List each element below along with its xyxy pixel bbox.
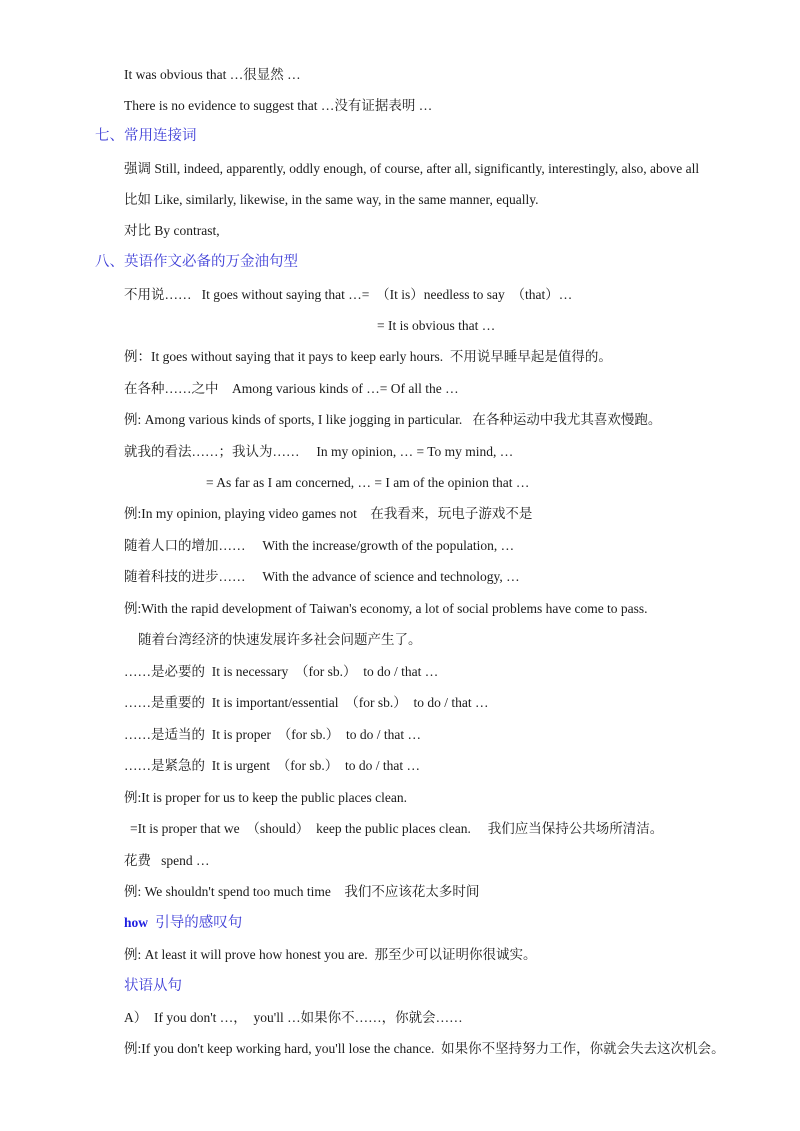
- example-taiwan-economy: 例:With the rapid development of Taiwan's…: [124, 600, 648, 618]
- pattern-obvious-equivalent: = It is obvious that …: [377, 317, 495, 335]
- pattern-in-my-opinion: 就我的看法……；我认为…… In my opinion, … = To my m…: [124, 443, 513, 461]
- section-heading-connectives: 七、常用连接词: [95, 127, 197, 145]
- document-page: It was obvious that …很显然 … There is no e…: [0, 0, 800, 1131]
- subheading-adverbial-clause: 状语从句: [124, 977, 182, 995]
- example-early-hours: 例：It goes without saying that it pays to…: [124, 348, 612, 366]
- example-public-places-should: =It is proper that we （should） keep the …: [130, 820, 663, 838]
- pattern-population-growth: 随着人口的增加…… With the increase/growth of th…: [124, 537, 514, 555]
- example-jogging: 例: Among various kinds of sports, I like…: [124, 411, 661, 429]
- pattern-science-advance: 随着科技的进步…… With the advance of science an…: [124, 568, 520, 586]
- keyword-how: how: [124, 915, 148, 930]
- connectives-comparison: 比如 Like, similarly, likewise, in the sam…: [124, 191, 538, 209]
- pattern-proper: ……是适当的 It is proper （for sb.） to do / th…: [124, 726, 421, 744]
- subheading-how-exclamation: how 引导的感叹句: [124, 914, 242, 932]
- section-heading-universal-patterns: 八、英语作文必备的万金油句型: [95, 253, 298, 271]
- connectives-contrast: 对比 By contrast,: [124, 222, 220, 240]
- example-public-places: 例:It is proper for us to keep the public…: [124, 789, 407, 807]
- example-working-hard: 例:If you don't keep working hard, you'll…: [124, 1040, 725, 1058]
- example-taiwan-economy-translation: 随着台湾经济的快速发展许多社会问题产生了。: [138, 631, 422, 649]
- connectives-emphasis: 强调 Still, indeed, apparently, oddly enou…: [124, 160, 699, 178]
- phrase-line-no-evidence: There is no evidence to suggest that …没有…: [124, 97, 432, 115]
- pattern-necessary: ……是必要的 It is necessary （for sb.） to do /…: [124, 663, 438, 681]
- pattern-goes-without-saying: 不用说…… It goes without saying that …= （It…: [124, 286, 572, 304]
- pattern-important: ……是重要的 It is important/essential （for sb…: [124, 694, 488, 712]
- phrase-line-obvious: It was obvious that …很显然 …: [124, 66, 301, 84]
- pattern-as-far-as-concerned: = As far as I am concerned, … = I am of …: [206, 474, 529, 492]
- pattern-if-you-dont: A） If you don't …， you'll …如果你不……，你就会……: [124, 1009, 463, 1027]
- example-spend-time: 例: We shouldn't spend too much time 我们不应…: [124, 883, 479, 901]
- example-video-games: 例:In my opinion, playing video games not…: [124, 505, 532, 523]
- pattern-spend: 花费 spend …: [124, 852, 210, 870]
- subheading-how-label: 引导的感叹句: [148, 915, 242, 931]
- example-honest: 例: At least it will prove how honest you…: [124, 946, 536, 964]
- pattern-urgent: ……是紧急的 It is urgent （for sb.） to do / th…: [124, 757, 420, 775]
- pattern-among-various: 在各种……之中 Among various kinds of …= Of all…: [124, 380, 459, 398]
